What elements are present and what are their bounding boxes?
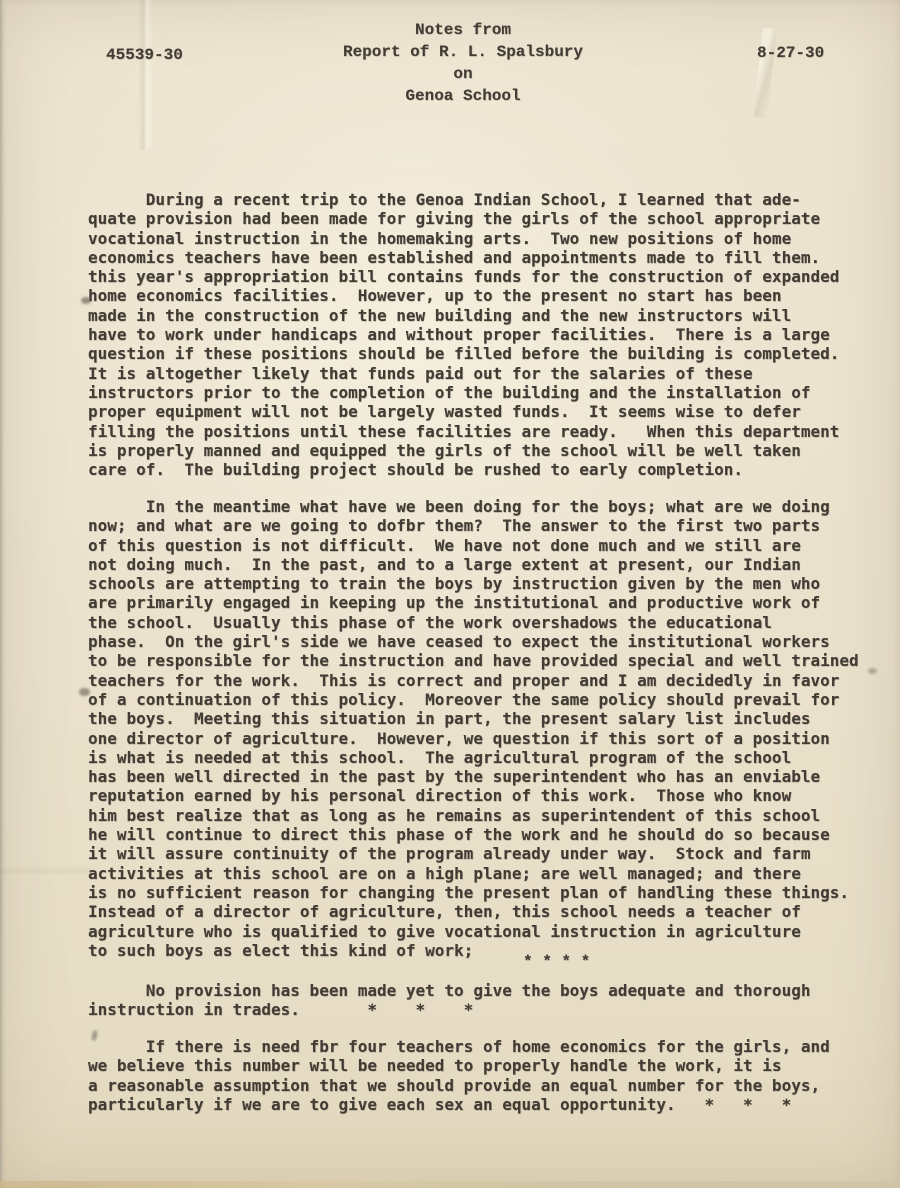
ink-smudge xyxy=(868,668,877,674)
title-line-1: Notes from xyxy=(13,19,900,41)
ink-smudge xyxy=(79,688,90,696)
paper-left-edge xyxy=(0,0,5,1188)
title-block: Notes from Report of R. L. Spalsbury on … xyxy=(13,19,900,107)
title-line-3: on xyxy=(13,63,900,85)
ink-smudge xyxy=(81,297,91,304)
asterisk-separator: * * * * xyxy=(523,953,590,972)
paragraph-trades: No provision has been made yet to give t… xyxy=(88,981,810,1020)
document-page: 45539-30 Notes from Report of R. L. Spal… xyxy=(0,0,900,1188)
date-stamp: 8-27-30 xyxy=(757,44,824,62)
paper-crease-middle xyxy=(0,866,90,876)
paragraph-boys-program: In the meantime what have we been doing … xyxy=(88,497,859,960)
paragraph-girls-program: During a recent trip to the Genoa Indian… xyxy=(88,190,839,479)
paragraph-equal-opportunity: If there is need fbr four teachers of ho… xyxy=(88,1037,830,1114)
title-line-4: Genoa School xyxy=(13,85,900,107)
paper-bottom-edge xyxy=(0,1181,900,1188)
